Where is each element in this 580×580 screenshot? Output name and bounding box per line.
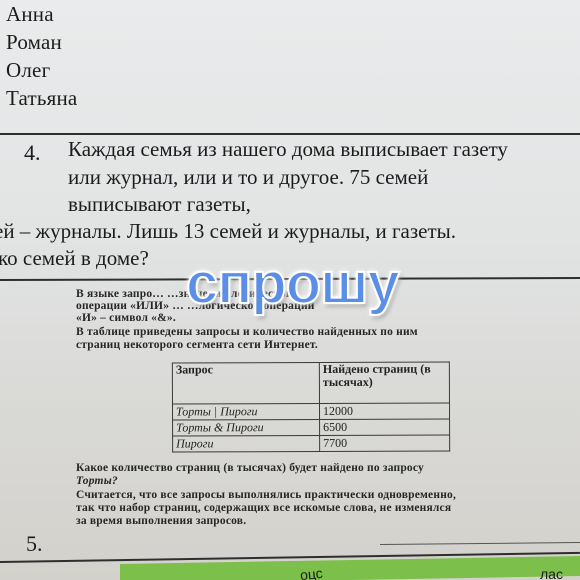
problem-5-question-line: Какое количество страниц (в тысячах) буд… — [76, 462, 424, 475]
name-item: Олег — [6, 56, 77, 84]
found-cell: 6500 — [320, 419, 450, 435]
partial-text: оцс — [299, 565, 323, 580]
problem-4-line: ей – журналы. Лишь 13 семей и журналы, и… — [0, 219, 456, 244]
problem-4-line: выписывают газеты, — [68, 192, 251, 217]
problem-5-intro-line: «И» – символ «&». — [76, 312, 176, 325]
found-cell: 7700 — [320, 435, 450, 451]
problem-4-number: 4. — [24, 140, 41, 166]
column-header-found: Найдено страниц (в тысячах) — [319, 362, 449, 403]
problem-4-line: или журнал, или и то и другое. 75 семей — [68, 165, 428, 190]
table-header-row: Запрос Найдено страниц (в тысячах) — [172, 362, 449, 404]
name-item: Роман — [6, 28, 77, 56]
queries-table: Запрос Найдено страниц (в тысячах) Торты… — [172, 362, 450, 453]
problem-5-intro-line: страниц некоторого сегмента сети Интерне… — [76, 339, 318, 352]
names-list: Анна Роман Олег Татьяна — [6, 0, 77, 112]
name-item: Анна — [6, 0, 77, 28]
partial-text: лас — [540, 566, 563, 580]
watermark-logo: спрошу — [186, 250, 399, 317]
query-cell: Пироги — [173, 435, 320, 452]
table-row: Пироги 7700 — [173, 435, 450, 452]
problem-4-line: ко семей в доме? — [0, 246, 149, 271]
problem-5-note-line: так что набор страниц, содержащих все ис… — [76, 502, 451, 515]
problem-5-note-line: за время выполнения запросов. — [76, 515, 246, 528]
problem-5-number: 5. — [26, 531, 43, 557]
found-cell: 12000 — [319, 403, 449, 419]
problem-4-line: Каждая семья из нашего дома выписывает г… — [68, 137, 508, 162]
problem-5-note-line: Считается, что все запросы выполнялись п… — [76, 489, 456, 502]
divider — [0, 133, 580, 135]
problem-5-question-line: Торты? — [76, 475, 118, 488]
problem-5-intro-line: В таблице приведены запросы и количество… — [76, 326, 418, 339]
column-header-query: Запрос — [172, 362, 319, 404]
query-cell: Торты & Пироги — [173, 419, 320, 436]
table-row: Торты & Пироги 6500 — [173, 419, 450, 436]
divider — [380, 542, 580, 545]
table-row: Торты | Пироги 12000 — [172, 403, 449, 420]
name-item: Татьяна — [6, 84, 77, 112]
query-cell: Торты | Пироги — [172, 403, 319, 420]
